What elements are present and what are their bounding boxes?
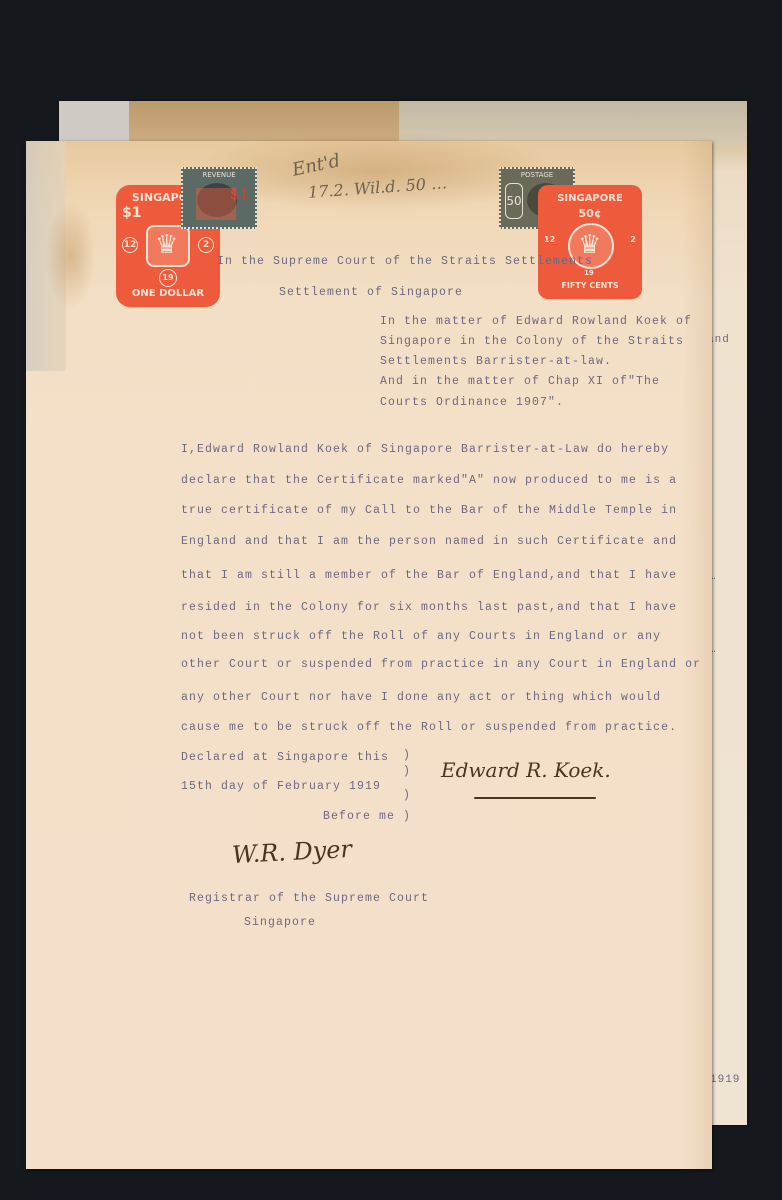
jurat-declared: Declared at Singapore this xyxy=(181,752,389,764)
matter-line: Courts Ordinance 1907". xyxy=(380,397,564,409)
body-line: I,Edward Rowland Koek of Singapore Barri… xyxy=(181,444,669,456)
revenue-embossed-stamp-fifty-cents: SINGAPORE 50¢ ♛ 12 2 19 FIFTY CENTS xyxy=(538,185,642,299)
body-line: other Court or suspended from practice i… xyxy=(181,659,701,671)
jurat-bracket: ) xyxy=(403,811,411,823)
adhesive-header: REVENUE xyxy=(183,171,255,179)
paper-fold-shadow xyxy=(682,141,712,1169)
jurat-before-me: Before me xyxy=(323,811,395,823)
stamp-overlap xyxy=(196,188,236,220)
jurat-bracket: ) xyxy=(403,766,411,778)
matter-line: Singapore in the Colony of the Straits xyxy=(380,336,684,348)
stamp-side-number: 12 xyxy=(122,237,138,253)
signature-underline xyxy=(474,797,596,799)
body-line: England and that I am the person named i… xyxy=(181,536,677,548)
court-heading: In the Supreme Court of the Straits Sett… xyxy=(217,256,593,268)
stamp-side-number: 12 xyxy=(544,235,555,244)
stamp-bottom-text: FIFTY CENTS xyxy=(538,281,642,290)
adhesive-header: POSTAGE xyxy=(501,171,573,179)
stamp-value: $1 xyxy=(122,205,141,221)
body-line: true certificate of my Call to the Bar o… xyxy=(181,505,677,517)
stamp-side-number: 2 xyxy=(630,235,636,244)
body-line: cause me to be struck off the Roll or su… xyxy=(181,722,677,734)
crown-icon: ♛ xyxy=(155,232,178,258)
body-line: not been struck off the Roll of any Cour… xyxy=(181,631,661,643)
back-sheet-corner xyxy=(59,101,129,141)
stamp-side-number: 2 xyxy=(198,237,214,253)
back-margin-text: 1919 xyxy=(710,1074,740,1086)
jurat-bracket: ) xyxy=(403,750,411,762)
adhesive-value: 50 xyxy=(505,183,523,219)
stamp-top-text: SINGAPORE xyxy=(538,193,642,204)
jurat-bracket: ) xyxy=(403,790,411,802)
body-line: declare that the Certificate marked"A" n… xyxy=(181,475,677,487)
jurat-date: 15th day of February 1919 xyxy=(181,781,381,793)
matter-line: In the matter of Edward Rowland Koek of xyxy=(380,316,692,328)
registrar-title: Registrar of the Supreme Court xyxy=(189,893,429,905)
body-line: that I am still a member of the Bar of E… xyxy=(181,570,677,582)
registrar-place: Singapore xyxy=(244,917,316,929)
settlement-line: Settlement of Singapore xyxy=(279,287,463,299)
body-line: resided in the Colony for six months las… xyxy=(181,602,677,614)
matter-line: And in the matter of Chap XI of"The xyxy=(380,376,660,388)
stamp-bottom-text: ONE DOLLAR xyxy=(116,288,220,299)
stamp-crown-frame: ♛ xyxy=(146,225,190,267)
stamp-value: 50¢ xyxy=(538,207,642,220)
stamp-year-circle: 19 xyxy=(584,269,594,277)
paper-stain xyxy=(46,201,96,311)
body-line: any other Court nor have I done any act … xyxy=(181,692,661,704)
stamp-year-circle: 19 xyxy=(159,269,177,287)
matter-line: Settlements Barrister-at-law. xyxy=(380,356,612,368)
declarant-signature: Edward R. Koek. xyxy=(441,758,611,782)
